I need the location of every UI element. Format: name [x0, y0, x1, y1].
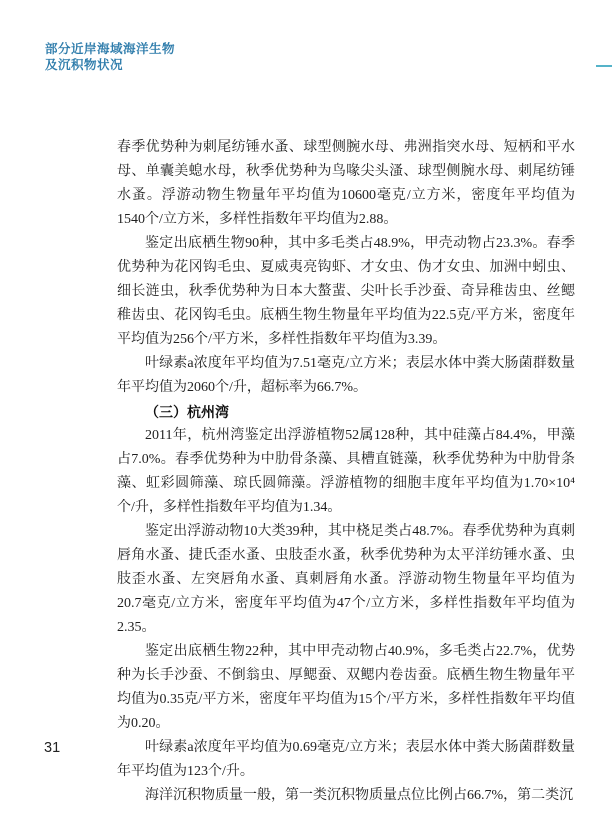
- paragraph: 叶绿素a浓度年平均值为0.69毫克/立方米；表层水体中粪大肠菌群数量年平均值为1…: [117, 736, 575, 784]
- paragraph: 海洋沉积物质量一般，第一类沉积物质量点位比例占66.7%，第二类沉: [117, 784, 575, 808]
- document-page: 部分近岸海域海洋生物 及沉积物状况 春季优势种为刺尾纺锤水蚤、球型侧腕水母、弗洲…: [0, 0, 612, 825]
- running-header: 部分近岸海域海洋生物 及沉积物状况: [45, 42, 175, 73]
- paragraph: 鉴定出浮游动物10大类39种，其中桡足类占48.7%。春季优势种为真刺唇角水蚤、…: [117, 520, 575, 640]
- paragraph: 鉴定出底栖生物22种，其中甲壳动物占40.9%，多毛类占22.7%，优势种为长手…: [117, 640, 575, 736]
- paragraph: 鉴定出底栖生物90种，其中多毛类占48.9%，甲壳动物占23.3%。春季优势种为…: [117, 232, 575, 352]
- paragraph: 2011年，杭州湾鉴定出浮游植物52属128种，其中硅藻占84.4%，甲藻占7.…: [117, 424, 575, 520]
- paragraph-continuation: 春季优势种为刺尾纺锤水蚤、球型侧腕水母、弗洲指突水母、短柄和平水母、单囊美螅水母…: [117, 136, 575, 232]
- header-rule: [596, 65, 612, 67]
- running-header-line2: 及沉积物状况: [45, 58, 175, 74]
- page-number: 31: [44, 740, 60, 756]
- running-header-line1: 部分近岸海域海洋生物: [45, 42, 175, 58]
- section-heading: （三）杭州湾: [117, 400, 575, 424]
- paragraph: 叶绿素a浓度年平均值为7.51毫克/立方米；表层水体中粪大肠菌群数量年平均值为2…: [117, 352, 575, 400]
- body-text: 春季优势种为刺尾纺锤水蚤、球型侧腕水母、弗洲指突水母、短柄和平水母、单囊美螅水母…: [117, 136, 575, 808]
